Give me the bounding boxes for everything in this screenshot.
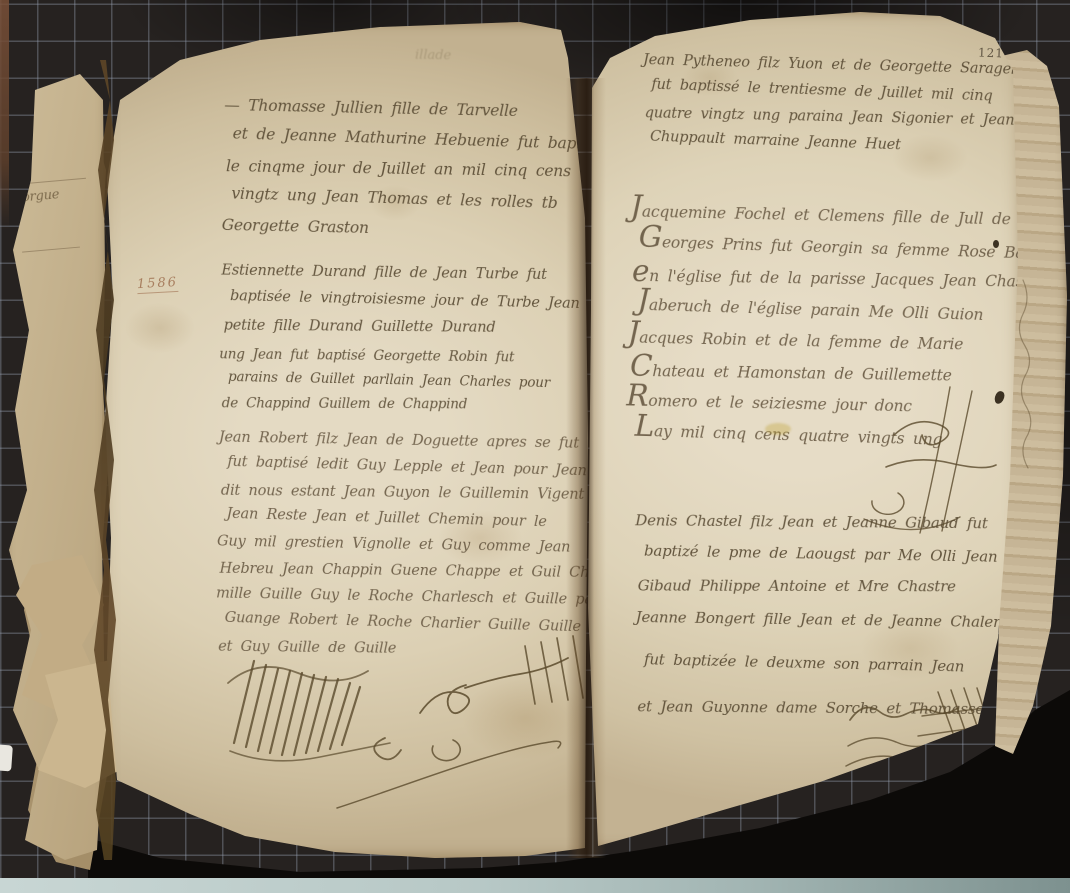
mat-edge-strip — [0, 0, 9, 230]
margin-rule — [22, 247, 80, 253]
baptism-entry: — Thomasse Jullien fille de Tarvelleet d… — [221, 90, 613, 248]
table-edge-strip — [0, 878, 1070, 893]
left-page: illade 1586 — Thomasse Jullien fille de … — [95, 18, 595, 863]
handwritten-line: Denis Chastel filz Jean et Jeanne Gibaud… — [635, 504, 1041, 540]
small-white-tag — [0, 745, 13, 772]
yellow-stain — [765, 423, 791, 435]
margin-year: 1586 — [137, 275, 179, 294]
right-page: 121 Jean Pytheneo filz Yuon et de George… — [580, 8, 1025, 853]
margin-note: forgue — [17, 183, 104, 205]
baptism-entry: Jean Pytheneo filz Yuon et de Georgette … — [641, 47, 1024, 161]
ink-blot — [993, 240, 999, 248]
margin-rule — [16, 178, 86, 185]
signature-flourish — [325, 618, 595, 823]
baptism-entry: Denis Chastel filz Jean et Jeanne Gibaud… — [635, 504, 1041, 604]
baptism-entry: Estiennette Durand fille de Jean Turbe f… — [220, 257, 580, 343]
baptism-entry: ung Jean fut baptisé Georgette Robin fut… — [219, 342, 551, 417]
photo-of-register: forgue illade 1586 — Thomasse Jullien fi… — [0, 0, 1070, 893]
handwritten-line: petite fille Durand Guillette Durand — [224, 313, 580, 343]
handwritten-line: baptizé le pme de Laougst par Me Olli Je… — [644, 535, 1041, 574]
stub-margin-note: forgue — [16, 176, 108, 252]
handwritten-line: de Chappind Guillem de Chappind — [222, 391, 550, 416]
ghost-bleedthrough-text: illade — [415, 48, 452, 64]
